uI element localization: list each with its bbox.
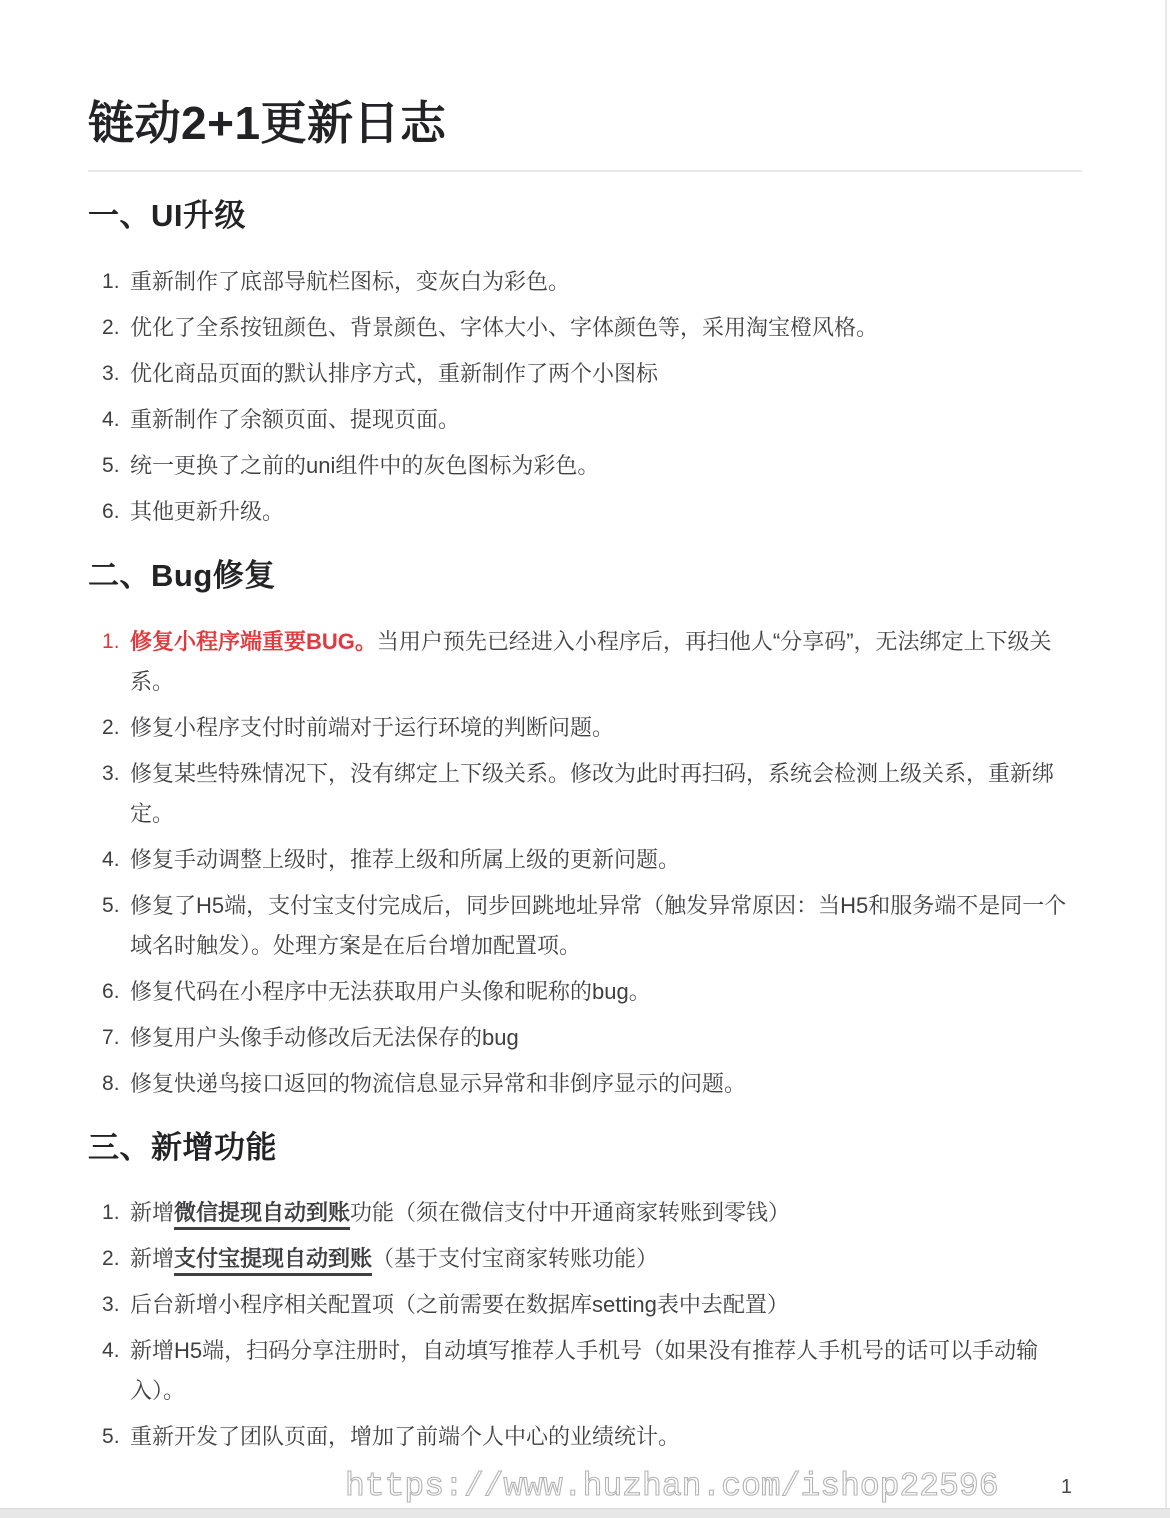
list-item: 重新开发了团队页面，增加了前端个人中心的业绩统计。 — [88, 1417, 1082, 1457]
text-segment: 修复某些特殊情况下，没有绑定上下级关系。修改为此时再扫码，系统会检测上级关系，重… — [130, 761, 1054, 826]
document-page: 链动2+1更新日志 一、UI升级重新制作了底部导航栏图标，变灰白为彩色。优化了全… — [0, 0, 1170, 1518]
section-list: 新增微信提现自动到账功能（须在微信支付中开通商家转账到零钱）新增支付宝提现自动到… — [88, 1193, 1082, 1457]
text-segment: 重新制作了底部导航栏图标，变灰白为彩色。 — [130, 269, 570, 294]
list-item: 重新制作了底部导航栏图标，变灰白为彩色。 — [88, 262, 1082, 302]
list-item: 修复某些特殊情况下，没有绑定上下级关系。修改为此时再扫码，系统会检测上级关系，重… — [88, 754, 1082, 834]
list-item: 新增支付宝提现自动到账（基于支付宝商家转账功能） — [88, 1239, 1082, 1279]
text-segment: 重新开发了团队页面，增加了前端个人中心的业绩统计。 — [130, 1424, 680, 1449]
list-item: 修复小程序支付时前端对于运行环境的判断问题。 — [88, 708, 1082, 748]
list-item: 新增H5端，扫码分享注册时，自动填写推荐人手机号（如果没有推荐人手机号的话可以手… — [88, 1331, 1082, 1411]
list-item: 修复了H5端，支付宝支付完成后，同步回跳地址异常（触发异常原因：当H5和服务端不… — [88, 886, 1082, 966]
text-segment: 修复了H5端，支付宝支付完成后，同步回跳地址异常（触发异常原因：当H5和服务端不… — [130, 893, 1066, 958]
right-edge-line — [1165, 0, 1167, 1518]
text-segment: 支付宝提现自动到账 — [174, 1246, 372, 1271]
page-number: 1 — [1061, 1476, 1072, 1499]
text-segment: （基于支付宝商家转账功能） — [372, 1246, 658, 1271]
list-item: 重新制作了余额页面、提现页面。 — [88, 400, 1082, 440]
text-segment: 功能（须在微信支付中开通商家转账到零钱） — [350, 1200, 790, 1225]
section-heading: 一、UI升级 — [88, 198, 1082, 234]
text-segment: 新增 — [130, 1200, 174, 1225]
text-segment: 微信提现自动到账 — [174, 1200, 350, 1225]
text-segment: 修复用户头像手动修改后无法保存的bug — [130, 1025, 519, 1050]
list-item: 修复小程序端重要BUG。当用户预先已经进入小程序后，再扫他人“分享码”，无法绑定… — [88, 622, 1082, 702]
text-segment: 优化商品页面的默认排序方式，重新制作了两个小图标 — [130, 361, 658, 386]
list-item: 优化了全系按钮颜色、背景颜色、字体大小、字体颜色等，采用淘宝橙风格。 — [88, 308, 1082, 348]
page-footer: https://www.huzhan.com/ishop22596 1 — [0, 1468, 1170, 1508]
list-item: 修复代码在小程序中无法获取用户头像和昵称的bug。 — [88, 972, 1082, 1012]
list-item: 新增微信提现自动到账功能（须在微信支付中开通商家转账到零钱） — [88, 1193, 1082, 1233]
text-segment: 修复快递鸟接口返回的物流信息显示异常和非倒序显示的问题。 — [130, 1071, 746, 1096]
list-item: 修复用户头像手动修改后无法保存的bug — [88, 1018, 1082, 1058]
section-heading: 三、新增功能 — [88, 1130, 1082, 1166]
text-segment: 重新制作了余额页面、提现页面。 — [130, 407, 460, 432]
section-list: 修复小程序端重要BUG。当用户预先已经进入小程序后，再扫他人“分享码”，无法绑定… — [88, 622, 1082, 1104]
text-segment: 统一更换了之前的uni组件中的灰色图标为彩色。 — [130, 453, 599, 478]
text-segment: 优化了全系按钮颜色、背景颜色、字体大小、字体颜色等，采用淘宝橙风格。 — [130, 315, 878, 340]
title-divider — [88, 170, 1082, 172]
text-segment: 新增H5端，扫码分享注册时，自动填写推荐人手机号（如果没有推荐人手机号的话可以手… — [130, 1338, 1038, 1403]
text-segment: 修复代码在小程序中无法获取用户头像和昵称的bug。 — [130, 979, 651, 1004]
text-segment: 其他更新升级。 — [130, 499, 284, 524]
list-item: 其他更新升级。 — [88, 492, 1082, 532]
section-list: 重新制作了底部导航栏图标，变灰白为彩色。优化了全系按钮颜色、背景颜色、字体大小、… — [88, 262, 1082, 532]
list-item: 优化商品页面的默认排序方式，重新制作了两个小图标 — [88, 354, 1082, 394]
text-segment: 修复手动调整上级时，推荐上级和所属上级的更新问题。 — [130, 847, 680, 872]
list-item: 修复手动调整上级时，推荐上级和所属上级的更新问题。 — [88, 840, 1082, 880]
horizontal-scrollbar-track[interactable] — [0, 1508, 1170, 1518]
section-heading: 二、Bug修复 — [88, 558, 1082, 594]
text-segment: 修复小程序支付时前端对于运行环境的判断问题。 — [130, 715, 614, 740]
page-title: 链动2+1更新日志 — [88, 96, 1082, 150]
list-item: 后台新增小程序相关配置项（之前需要在数据库setting表中去配置） — [88, 1285, 1082, 1325]
text-segment: 新增 — [130, 1246, 174, 1271]
list-item: 修复快递鸟接口返回的物流信息显示异常和非倒序显示的问题。 — [88, 1064, 1082, 1104]
text-segment: 修复小程序端重要BUG。 — [130, 629, 377, 654]
sections-container: 一、UI升级重新制作了底部导航栏图标，变灰白为彩色。优化了全系按钮颜色、背景颜色… — [88, 198, 1082, 1457]
list-item: 统一更换了之前的uni组件中的灰色图标为彩色。 — [88, 446, 1082, 486]
document-content: 链动2+1更新日志 一、UI升级重新制作了底部导航栏图标，变灰白为彩色。优化了全… — [0, 0, 1170, 1457]
text-segment: 后台新增小程序相关配置项（之前需要在数据库setting表中去配置） — [130, 1292, 789, 1317]
watermark-text: https://www.huzhan.com/ishop22596 — [345, 1470, 999, 1503]
